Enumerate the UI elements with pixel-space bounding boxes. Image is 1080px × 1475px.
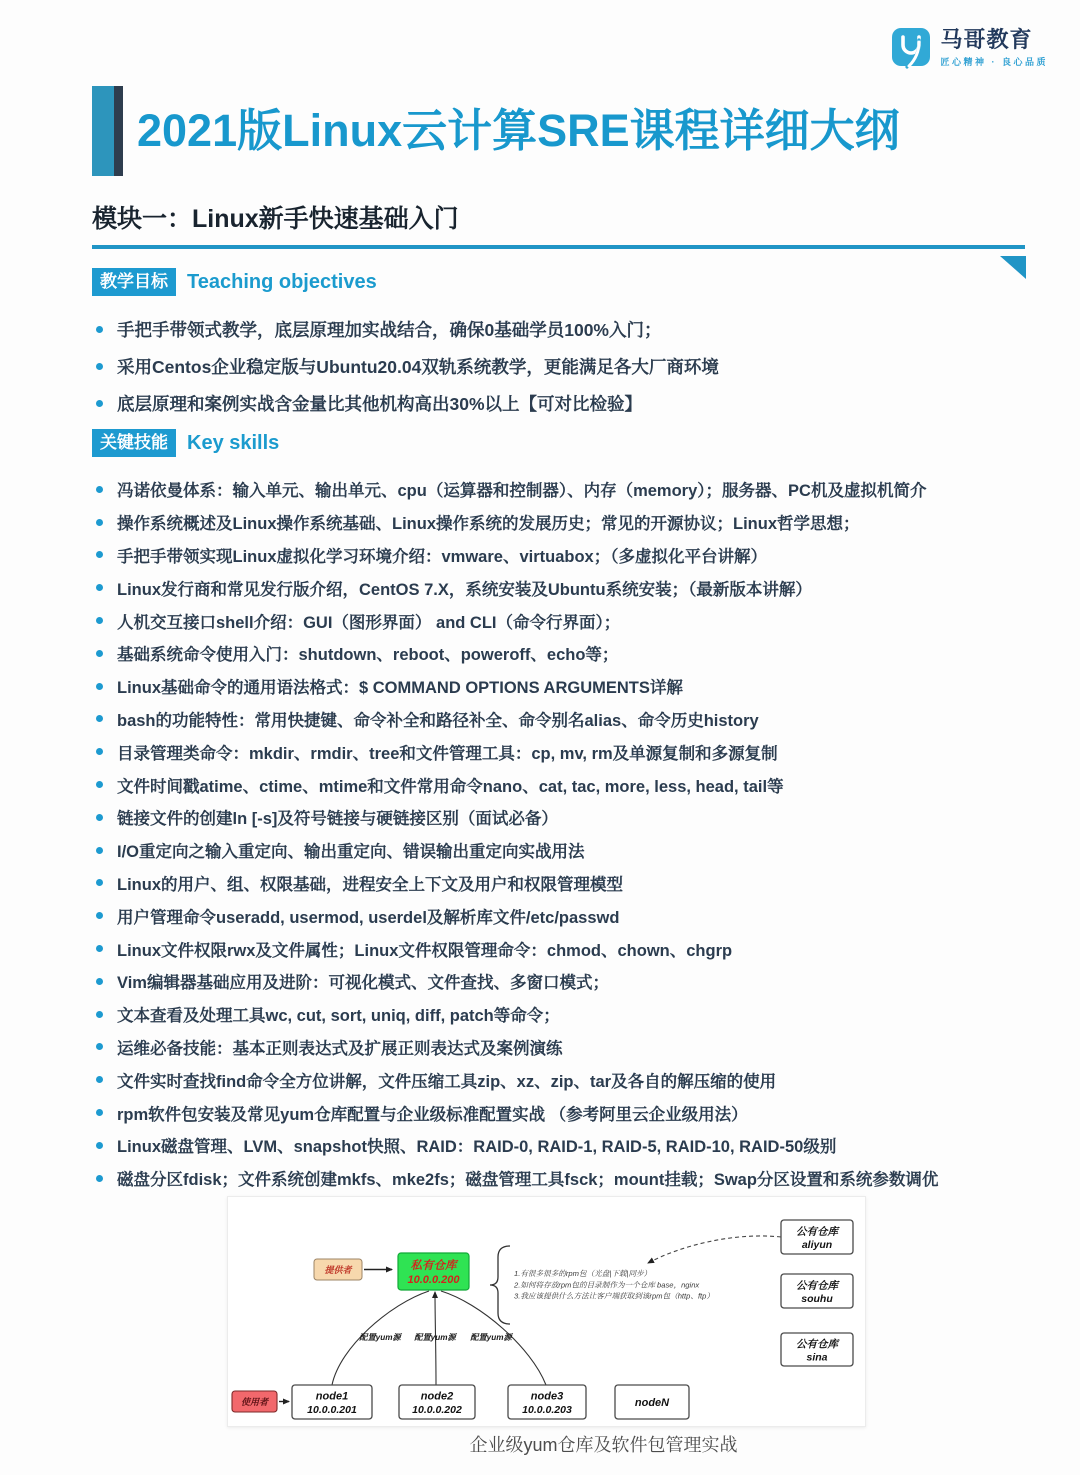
objectives-item-text: 底层原理和案例实战含金量比其他机构高出30%以上【可对比检验】 (117, 391, 642, 416)
skills-item-text: rpm软件包安装及常见yum仓库配置与企业级标准配置实战 （参考阿里云企业级用法… (117, 1101, 748, 1125)
bullet-dot-icon (96, 814, 103, 821)
note-3: 3.我应该提供什么方法让客户端获取到该rpm包（http、ftp） (514, 1292, 714, 1301)
edge-aliyun-dashed-arrow (648, 1236, 781, 1263)
private-repo-ip: 10.0.0.200 (408, 1274, 461, 1286)
skills-item-text: 冯诺依曼体系：输入单元、输出单元、cpu（运算器和控制器）、内存（memory）… (117, 477, 926, 501)
objectives-item-text: 手把手带领式教学，底层原理加实战结合，确保0基础学员100%入门； (117, 317, 662, 342)
note-2: 2.如何将存放rpm包的目录制作为一个仓库 base，nginx (513, 1281, 700, 1290)
bullet-dot-icon (96, 519, 103, 526)
bullet-dot-icon (96, 715, 103, 722)
skills-header: 关键技能 Key skills (92, 429, 279, 457)
skills-item: 磁盘分区fdisk；文件系统创建mkfs、mke2fs；磁盘管理工具fsck；m… (96, 1162, 938, 1195)
node2-name: node2 (421, 1391, 453, 1403)
objectives-badge-en: Teaching objectives (187, 271, 377, 294)
skills-item: 链接文件的创建ln [-s]及符号链接与硬链接区别（面试必备） (96, 801, 938, 834)
bullet-dot-icon (96, 650, 103, 657)
skills-item: 用户管理命令useradd, usermod, userdel及解析库文件/et… (96, 899, 938, 932)
title-accent-bar-light (92, 86, 114, 176)
yum-config-label-3: 配置yum源 (470, 1332, 513, 1342)
mage-edu-logo-icon (890, 26, 932, 70)
bullet-dot-icon (96, 400, 103, 407)
user-label: 使用者 (241, 1397, 270, 1407)
bullet-dot-icon (96, 584, 103, 591)
objectives-list: 手把手带领式教学，底层原理加实战结合，确保0基础学员100%入门；采用Cento… (96, 311, 719, 422)
yum-config-label-2: 配置yum源 (414, 1332, 457, 1342)
module-heading: 模块一：Linux新手快速基础入门 (92, 199, 459, 235)
skills-item: 人机交互接口shell介绍：GUI（图形界面） and CLI（命令行界面）； (96, 604, 938, 637)
skills-item-text: I/O重定向之输入重定向、输出重定向、错误输出重定向实战用法 (117, 838, 585, 862)
skills-item: Linux磁盘管理、LVM、snapshot快照、RAID：RAID-0, RA… (96, 1129, 938, 1162)
skills-item-text: 运维必备技能：基本正则表达式及扩展正则表达式及案例演练 (117, 1035, 563, 1059)
skills-item: 文件时间戳atime、ctime、mtime和文件常用命令nano、cat, t… (96, 768, 938, 801)
public-repo-souhu-label: 公有仓库 (796, 1279, 840, 1292)
skills-item-text: Vim编辑器基础应用及进阶：可视化模式、文件查找、多窗口模式； (117, 969, 609, 993)
skills-item-text: 磁盘分区fdisk；文件系统创建mkfs、mke2fs；磁盘管理工具fsck；m… (117, 1166, 938, 1190)
skills-item-text: 用户管理命令useradd, usermod, userdel及解析库文件/et… (117, 904, 619, 928)
bullet-dot-icon (96, 551, 103, 558)
objectives-item-text: 采用Centos企业稳定版与Ubuntu20.04双轨系统教学，更能满足各大厂商… (117, 354, 719, 379)
public-repo-aliyun-label: 公有仓库 (796, 1225, 840, 1238)
course-outline-page: 马哥教育 匠心精神 · 良心品质 2021版Linux云计算SRE课程详细大纲 … (0, 0, 1080, 1475)
bullet-dot-icon (96, 486, 103, 493)
brace-icon (490, 1246, 510, 1324)
brand-logo: 马哥教育 匠心精神 · 良心品质 (890, 26, 1049, 70)
nodeN-name: nodeN (635, 1397, 670, 1409)
bullet-dot-icon (96, 326, 103, 333)
objectives-header: 教学目标 Teaching objectives (92, 268, 377, 296)
skills-badge-en: Key skills (187, 432, 279, 455)
skills-badge: 关键技能 (92, 429, 176, 457)
node3-name: node3 (531, 1391, 563, 1403)
skills-item-text: 基础系统命令使用入门：shutdown、reboot、poweroff、echo… (117, 641, 618, 665)
skills-item-text: Linux发行商和常见发行版介绍，CentOS 7.X，系统安装及Ubuntu系… (117, 576, 812, 600)
bullet-dot-icon (96, 1076, 103, 1083)
skills-item: 手把手带领实现Linux虚拟化学习环境介绍：vmware、virtuabox；（… (96, 539, 938, 572)
brand-name: 马哥教育 (941, 28, 1049, 52)
page-title: 2021版Linux云计算SRE课程详细大纲 (137, 86, 900, 176)
skills-item-text: 文件实时查找find命令全方位讲解，文件压缩工具zip、xz、zip、tar及各… (117, 1068, 776, 1092)
skills-item-text: 文本查看及处理工具wc, cut, sort, uniq, diff, patc… (117, 1002, 560, 1026)
skills-item: Vim编辑器基础应用及进阶：可视化模式、文件查找、多窗口模式； (96, 965, 938, 998)
public-repo-aliyun-name: aliyun (802, 1239, 832, 1251)
objectives-badge: 教学目标 (92, 268, 176, 296)
skills-item: 基础系统命令使用入门：shutdown、reboot、poweroff、echo… (96, 637, 938, 670)
private-repo-label: 私有仓库 (411, 1259, 459, 1272)
bullet-dot-icon (96, 1043, 103, 1050)
skills-item: rpm软件包安装及常见yum仓库配置与企业级标准配置实战 （参考阿里云企业级用法… (96, 1096, 938, 1129)
public-repo-sina-name: sina (806, 1352, 827, 1364)
note-1: 1.有很多很多的rpm包（光盘|下载|同步） (514, 1269, 651, 1278)
skills-item-text: Linux文件权限rwx及文件属性；Linux文件权限管理命令：chmod、ch… (117, 937, 732, 961)
bullet-dot-icon (96, 879, 103, 886)
public-repo-sina-label: 公有仓库 (796, 1338, 840, 1351)
skills-item: Linux的用户、组、权限基础，进程安全上下文及用户和权限管理模型 (96, 867, 938, 900)
brand-tagline: 匠心精神 · 良心品质 (941, 55, 1049, 68)
skills-item-text: bash的功能特性：常用快捷键、命令补全和路径补全、命令别名alias、命令历史… (117, 707, 759, 731)
skills-item-text: Linux基础命令的通用语法格式：$ COMMAND OPTIONS ARGUM… (117, 674, 683, 698)
bullet-dot-icon (96, 1142, 103, 1149)
skills-item-text: 链接文件的创建ln [-s]及符号链接与硬链接区别（面试必备） (117, 805, 558, 829)
bullet-dot-icon (96, 748, 103, 755)
skills-item-text: 人机交互接口shell介绍：GUI（图形界面） and CLI（命令行界面）； (117, 609, 620, 633)
skills-item: 文件实时查找find命令全方位讲解，文件压缩工具zip、xz、zip、tar及各… (96, 1063, 938, 1096)
node2-ip: 10.0.0.202 (412, 1404, 462, 1416)
skills-item: 目录管理类命令：mkdir、rmdir、tree和文件管理工具：cp, mv, … (96, 735, 938, 768)
node1-ip: 10.0.0.201 (307, 1404, 357, 1416)
bullet-dot-icon (96, 945, 103, 952)
yum-repo-diagram: 提供者 私有仓库 10.0.0.200 1.有很多很多的rpm包（光盘|下载|同… (227, 1196, 866, 1427)
skills-list: 冯诺依曼体系：输入单元、输出单元、cpu（运算器和控制器）、内存（memory）… (96, 473, 938, 1195)
corner-triangle-icon (1000, 256, 1026, 279)
provider-label: 提供者 (324, 1265, 353, 1275)
title-block: 2021版Linux云计算SRE课程详细大纲 (92, 86, 900, 176)
bullet-dot-icon (96, 781, 103, 788)
bullet-dot-icon (96, 363, 103, 370)
skills-item: 冯诺依曼体系：输入单元、输出单元、cpu（运算器和控制器）、内存（memory）… (96, 473, 938, 506)
bullet-dot-icon (96, 617, 103, 624)
module-divider-line (92, 245, 1025, 249)
bullet-dot-icon (96, 847, 103, 854)
bullet-dot-icon (96, 683, 103, 690)
bullet-dot-icon (96, 1011, 103, 1018)
bullet-dot-icon (96, 1109, 103, 1116)
title-accent-bar-dark (114, 86, 123, 176)
skills-item: 文本查看及处理工具wc, cut, sort, uniq, diff, patc… (96, 998, 938, 1031)
public-repo-souhu-name: souhu (801, 1293, 833, 1305)
skills-item: 操作系统概述及Linux操作系统基础、Linux操作系统的发展历史；常见的开源协… (96, 506, 938, 539)
diagram-caption: 企业级yum仓库及软件包管理实战 (227, 1431, 864, 1457)
objectives-item: 手把手带领式教学，底层原理加实战结合，确保0基础学员100%入门； (96, 311, 719, 348)
objectives-item: 采用Centos企业稳定版与Ubuntu20.04双轨系统教学，更能满足各大厂商… (96, 348, 719, 385)
skills-item: bash的功能特性：常用快捷键、命令补全和路径补全、命令别名alias、命令历史… (96, 703, 938, 736)
node3-ip: 10.0.0.203 (522, 1404, 572, 1416)
bullet-dot-icon (96, 1175, 103, 1182)
skills-item-text: 目录管理类命令：mkdir、rmdir、tree和文件管理工具：cp, mv, … (117, 740, 778, 764)
yum-config-label-1: 配置yum源 (359, 1332, 402, 1342)
skills-item: Linux发行商和常见发行版介绍，CentOS 7.X，系统安装及Ubuntu系… (96, 571, 938, 604)
skills-item: Linux基础命令的通用语法格式：$ COMMAND OPTIONS ARGUM… (96, 670, 938, 703)
skills-item-text: 手把手带领实现Linux虚拟化学习环境介绍：vmware、virtuabox；（… (117, 543, 767, 567)
skills-item-text: Linux磁盘管理、LVM、snapshot快照、RAID：RAID-0, RA… (117, 1133, 836, 1157)
bullet-dot-icon (96, 912, 103, 919)
skills-item-text: 文件时间戳atime、ctime、mtime和文件常用命令nano、cat, t… (117, 773, 784, 797)
skills-item-text: Linux的用户、组、权限基础，进程安全上下文及用户和权限管理模型 (117, 871, 623, 895)
skills-item-text: 操作系统概述及Linux操作系统基础、Linux操作系统的发展历史；常见的开源协… (117, 510, 860, 534)
objectives-item: 底层原理和案例实战含金量比其他机构高出30%以上【可对比检验】 (96, 385, 719, 422)
skills-item: Linux文件权限rwx及文件属性；Linux文件权限管理命令：chmod、ch… (96, 932, 938, 965)
node1-name: node1 (316, 1391, 348, 1403)
bullet-dot-icon (96, 978, 103, 985)
skills-item: I/O重定向之输入重定向、输出重定向、错误输出重定向实战用法 (96, 834, 938, 867)
skills-item: 运维必备技能：基本正则表达式及扩展正则表达式及案例演练 (96, 1031, 938, 1064)
